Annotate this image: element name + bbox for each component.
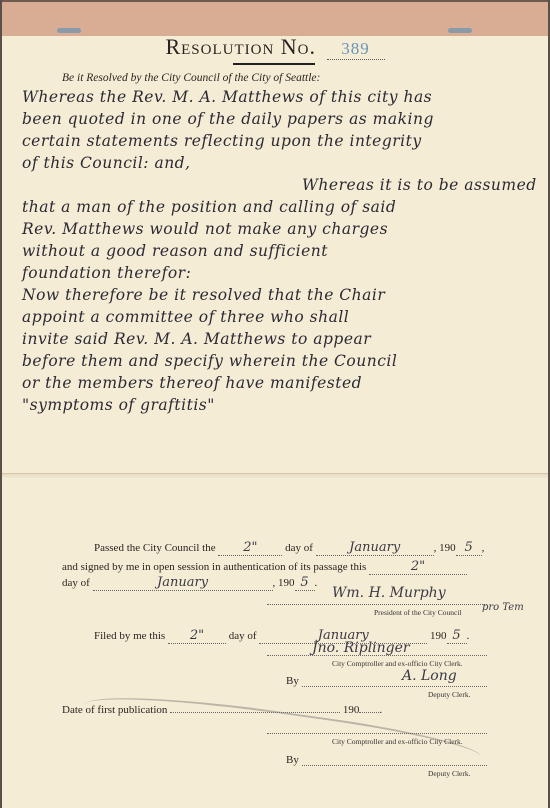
comptroller-blank-caption: City Comptroller and ex-officio City Cle… xyxy=(332,737,463,746)
document-page: Resolution No. 389 Be it Resolved by the… xyxy=(2,0,548,808)
passed-day: 2" xyxy=(218,540,282,556)
hand-line: invite said Rev. M. A. Matthews to appea… xyxy=(22,328,537,350)
signed-date-line: day of January, 1905. xyxy=(62,575,317,591)
signed-month: January xyxy=(93,575,273,591)
deputy-blank-by-label: By xyxy=(286,754,299,766)
pro-tem-annotation: pro Tem xyxy=(482,602,524,613)
hand-line: without a good reason and sufficient xyxy=(22,240,537,262)
hand-line: that a man of the position and calling o… xyxy=(22,196,537,218)
comptroller-caption: City Comptroller and ex-officio City Cle… xyxy=(332,659,463,668)
filed-day: 2" xyxy=(168,628,226,644)
hand-line: certain statements reflecting upon the i… xyxy=(22,130,537,152)
preamble: Be it Resolved by the City Council of th… xyxy=(62,72,320,84)
hand-line: of this Council: and, xyxy=(22,152,537,174)
filed-year: 5 xyxy=(447,628,467,644)
hand-line: Whereas it is to be assumed xyxy=(22,174,537,196)
hand-line: or the members thereof have manifested xyxy=(22,372,537,394)
deputy-blank-line xyxy=(302,765,487,766)
deputy-blank-caption: Deputy Clerk. xyxy=(428,769,471,778)
deputy-caption: Deputy Clerk. xyxy=(428,690,471,699)
hand-line: "symptoms of graftitis" xyxy=(22,394,537,416)
signed-year: 5 xyxy=(295,575,315,591)
fastener-clip-icon xyxy=(448,28,472,33)
passed-month: January xyxy=(316,540,434,556)
passed-year: 5 xyxy=(456,540,482,556)
passed-line: Passed the City Council the 2" day of Ja… xyxy=(94,540,484,556)
handwritten-body: Whereas the Rev. M. A. Matthews of this … xyxy=(22,86,537,416)
president-caption: President of the City Council xyxy=(374,608,462,617)
hand-line: before them and specify wherein the Coun… xyxy=(22,350,537,372)
resolution-number: 389 xyxy=(327,39,385,60)
hand-line: foundation therefor: xyxy=(22,262,537,284)
fastener-clip-icon xyxy=(57,28,81,33)
deputy-signature-line xyxy=(302,686,487,687)
publication-year xyxy=(359,712,379,713)
document-title: Resolution No. 389 xyxy=(2,34,548,60)
title-text: Resolution No. xyxy=(165,34,316,59)
deputy-by-label: By xyxy=(286,675,299,687)
top-binding-band xyxy=(2,0,548,36)
comptroller-signature: Jno. Riplinger xyxy=(312,640,410,656)
filed-line: Filed by me this 2" day of January 1905. xyxy=(94,628,469,644)
paper-fold xyxy=(2,473,548,478)
hand-line: Rev. Matthews would not make any charges xyxy=(22,218,537,240)
signed-day: 2" xyxy=(369,559,467,575)
hand-line: been quoted in one of the daily papers a… xyxy=(22,108,537,130)
hand-line: Now therefore be it resolved that the Ch… xyxy=(22,284,537,306)
title-rule xyxy=(233,63,315,65)
hand-line: appoint a committee of three who shall xyxy=(22,306,537,328)
comptroller-blank-line xyxy=(267,733,487,734)
president-signature-line xyxy=(267,604,487,605)
deputy-signature: A. Long xyxy=(402,668,457,684)
hand-line: Whereas the Rev. M. A. Matthews of this … xyxy=(22,86,537,108)
president-signature: Wm. H. Murphy xyxy=(332,585,446,601)
signed-line: and signed by me in open session in auth… xyxy=(62,559,467,575)
